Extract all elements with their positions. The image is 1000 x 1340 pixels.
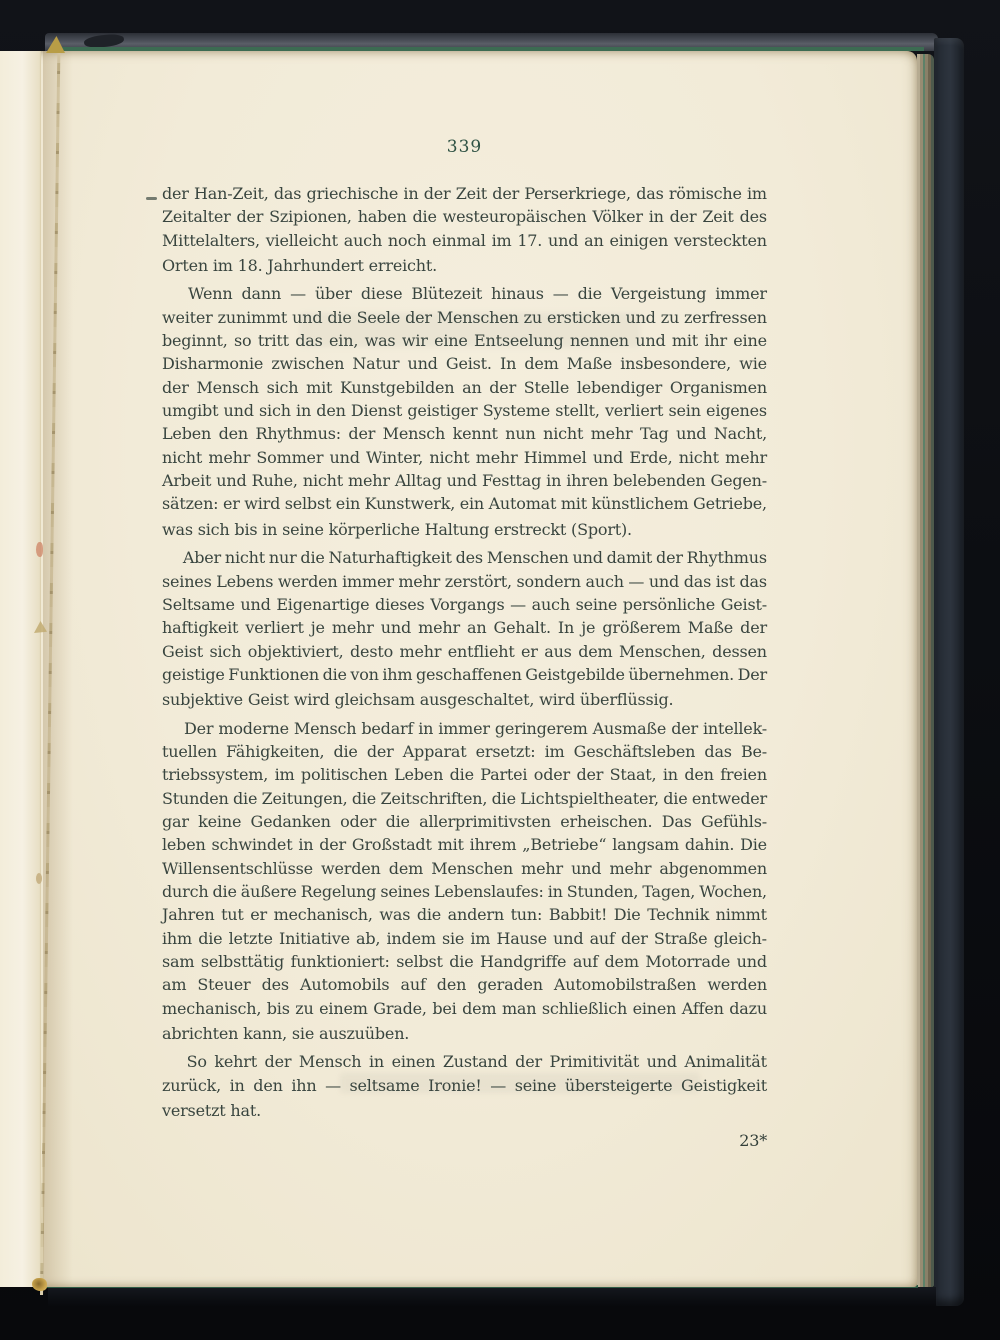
text-line: abrichten kann, sie auszuüben. [162,1022,767,1045]
text-line: triebssystem,impolitischenLebendiePartei… [162,765,767,788]
gutter-shadow [43,51,73,1287]
text-line: sätzen:erwirdselbsteinKunstwerk,einAutom… [162,494,767,517]
paragraph: SokehrtderMenschineinenZustandderPrimiti… [162,1052,767,1122]
text-line: WillensentschlüssewerdendemMenschenmehru… [162,859,767,882]
text-line: geistigeFunktionendievonihmgeschaffenenG… [162,665,767,688]
page-edge-stack [917,54,934,1287]
text-line: amSteuerdesAutomobilsaufdengeradenAutomo… [162,975,767,998]
text-line: SokehrtderMenschineinenZustandderPrimiti… [162,1052,767,1075]
paragraph: DermoderneMenschbedarfinimmergeringeremA… [162,719,767,1046]
text-line: derHan-Zeit,dasgriechischeinderZeitderPe… [162,184,767,207]
text-line: DermoderneMenschbedarfinimmergeringeremA… [162,719,767,742]
text-line: ArbeitundRuhe,nichtmehrAlltagundFesttagi… [162,471,767,494]
text-line: garkeineGedankenoderdieallerprimitivsten… [162,812,767,835]
text-line: Geistsichobjektiviert,destomehrentflieht… [162,642,767,665]
text-line: weiterzunimmtunddieSeelederMenschenzuers… [162,308,767,331]
paper-blemish [36,542,43,557]
text-line: lebenschwindetinderGroßstadtmitihrem„Bet… [162,835,767,858]
text-line: zurück,indenihn—seltsameIronie!—seineübe… [162,1076,767,1099]
text-line: beginnt,sotrittdasein,waswireineEntseelu… [162,331,767,354]
text-block: 339 derHan-Zeit,dasgriechischeinderZeitd… [162,135,767,1152]
text-body: derHan-Zeit,dasgriechischeinderZeitderPe… [162,184,767,1122]
page-number: 339 [162,135,767,159]
text-line: was sich bis in seine körperliche Haltun… [162,518,767,541]
text-line: StundendieZeitungen,dieZeitschriften,die… [162,789,767,812]
paragraph: Wenndann—überdieseBlütezeithinaus—dieVer… [162,284,767,541]
text-line: mechanisch,biszueinemGrade,beidemmanschl… [162,999,767,1022]
text-line: AbernichtnurdieNaturhaftigkeitdesMensche… [162,548,767,571]
text-line: ihmdieletzteInitiativeab,indemsieimHause… [162,929,767,952]
text-line: DisharmoniezwischenNaturundGeist.IndemMa… [162,354,767,377]
text-line: Orten im 18. Jahrhundert erreicht. [162,254,767,277]
text-line: versetzt hat. [162,1099,767,1122]
facing-page-strip [0,51,41,1287]
book-page: 339 derHan-Zeit,dasgriechischeinderZeitd… [0,51,917,1287]
text-line: seinesLebenswerdenimmermehrzerstört,sond… [162,572,767,595]
text-line: durchdieäußereRegelungseinesLebenslaufes… [162,882,767,905]
book-cover-bottom-edge [48,1287,936,1307]
text-line: umgibtundsichindenDienstgeistigerSysteme… [162,401,767,424]
text-line: derMenschsichmitKunstgebildenanderStelle… [162,378,767,401]
text-line: samselbsttätigfunktioniert:selbstdieHand… [162,952,767,975]
paragraph: AbernichtnurdieNaturhaftigkeitdesMensche… [162,548,767,711]
book-scan: 339 derHan-Zeit,dasgriechischeinderZeitd… [0,0,1000,1340]
text-line: subjektive Geist wird gleichsam ausgesch… [162,688,767,711]
text-line: Wenndann—überdieseBlütezeithinaus—dieVer… [162,284,767,307]
text-line: haftigkeitverliertjemehrundmehranGehalt.… [162,618,767,641]
paragraph: derHan-Zeit,dasgriechischeinderZeitderPe… [162,184,767,277]
text-line: nichtmehrSommerundWinter,nichtmehrHimmel… [162,448,767,471]
text-line: tuellenFähigkeiten,diederApparatersetzt:… [162,742,767,765]
paper-blemish [36,873,42,884]
text-line: LebendenRhythmus:derMenschkenntnunnichtm… [162,424,767,447]
print-artifact [146,197,157,200]
signature-mark: 23* [162,1130,767,1152]
text-line: SeltsameundEigenartigediesesVorgangs—auc… [162,595,767,618]
text-line: ZeitalterderSzipionen,habendiewesteuropä… [162,207,767,230]
book-cover-right-edge [934,38,964,1306]
text-line: Jahrentutermechanisch,wasdieanderntun:Ba… [162,905,767,928]
paper-blemish [32,1278,47,1291]
text-line: Mittelalters,vielleichtauchnocheinmalim1… [162,231,767,254]
